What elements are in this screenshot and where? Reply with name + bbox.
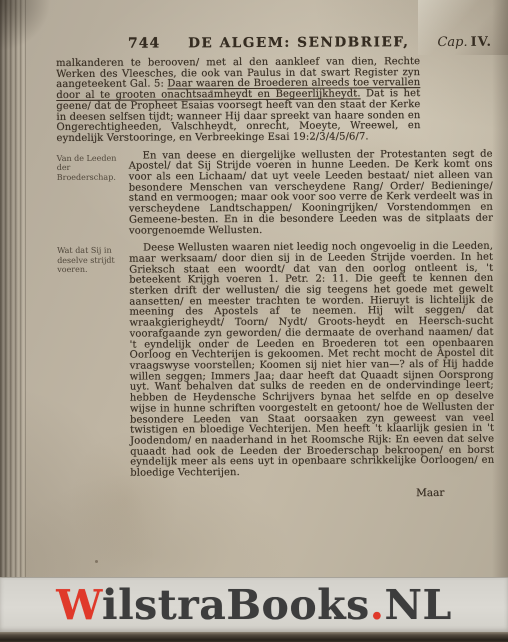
paper-speck <box>95 560 98 563</box>
watermark-band: WilstraBooks.NL <box>0 577 508 632</box>
watermark-initial: W <box>56 581 102 629</box>
chapter-number: IV. <box>471 35 493 50</box>
paragraph-1: malkanderen te berooven/ met al den aank… <box>56 57 420 145</box>
margin-note-2: Wat dat Sij in deselve strijdt voeren. <box>57 244 129 275</box>
watermark-dot: . <box>370 581 385 629</box>
watermark-tld: NL <box>384 581 451 629</box>
paragraph-3-row: Wat dat Sij in deselve strijdt voeren. D… <box>57 242 494 487</box>
printed-text-block: 744 DE ALGEM: SENDBRIEF, Cap.IV. malkand… <box>56 34 494 501</box>
table-edge-strip <box>0 632 508 642</box>
book-spine-page-edges <box>0 0 26 578</box>
catchword: Maar <box>130 486 494 500</box>
paragraph-2-column: En van deese en diergelijke wellusten de… <box>129 149 493 244</box>
chapter-label: Cap.IV. <box>437 35 492 50</box>
paragraph-3-column: Deese Wellusten waaren niet leedig noch … <box>129 242 494 486</box>
page-number: 744 <box>128 35 160 51</box>
watermark-text: WilstraBooks.NL <box>56 585 452 626</box>
running-header: 744 DE ALGEM: SENDBRIEF, Cap.IV. <box>56 34 492 52</box>
paragraph-2: En van deese en diergelijke wellusten de… <box>129 149 493 237</box>
watermark-middle: ilstraBooks <box>102 581 370 629</box>
margin-note-1: Van de Leeden der Broederschap. <box>57 151 129 182</box>
book-photo: 744 DE ALGEM: SENDBRIEF, Cap.IV. malkand… <box>0 0 508 642</box>
paragraph-2-row: Van de Leeden der Broederschap. En van d… <box>57 149 493 244</box>
paragraph-3: Deese Wellusten waaren niet leedig noch … <box>129 242 494 479</box>
page-corner-shadow <box>0 0 60 50</box>
chapter-word: Cap. <box>437 35 467 50</box>
page-title: DE ALGEM: SENDBRIEF, <box>160 34 437 51</box>
